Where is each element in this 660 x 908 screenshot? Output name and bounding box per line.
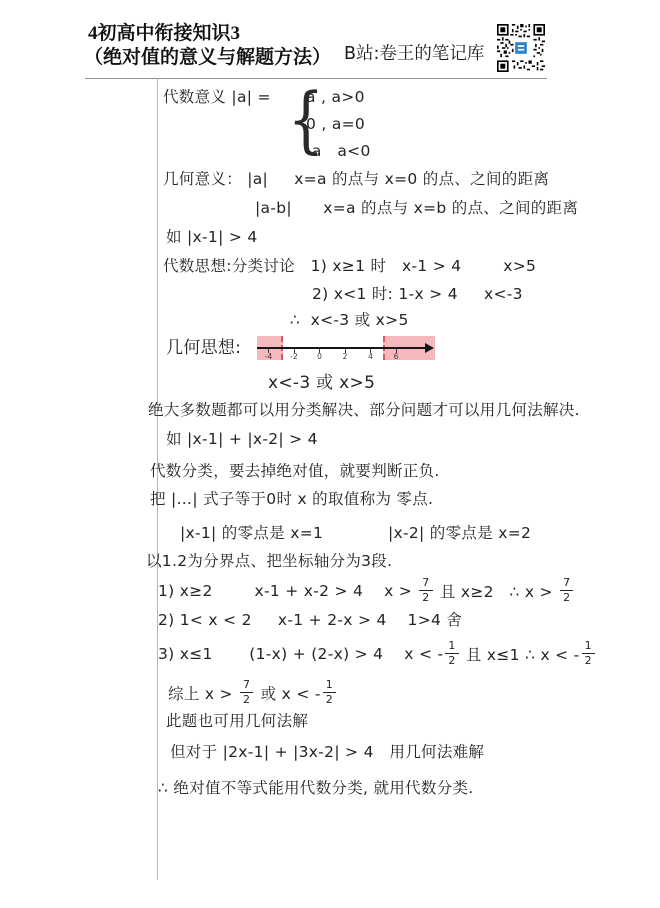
zero-point-1: |x-1| 的零点是 x=1 <box>180 524 323 543</box>
geometric-meaning-line2: |a-b| x=a 的点与 x=b 的点、之间的距离 <box>255 199 578 218</box>
zero-point-2: |x-2| 的零点是 x=2 <box>388 524 531 543</box>
case3-mid: 且 x≤1 ∴ x < - <box>461 643 580 665</box>
geometric-meaning-line1: 几何意义： |a| x=a 的点与 x=0 的点、之间的距离 <box>163 170 549 189</box>
channel-label: B站:卷王的笔记库 <box>344 40 484 65</box>
geo-method-note: 此题也可用几何法解 <box>166 712 308 731</box>
case1-head: 1) x≥2 x-1 + x-2 > 4 x > <box>158 582 417 600</box>
axis-arrow-icon <box>425 343 434 353</box>
classify-note1: 代数分类，要去掉绝对值，就要判断正负. <box>150 462 440 481</box>
notes-page: 4初高中衔接知识3 （绝对值的意义与解题方法） B站:卷王的笔记库 <box>0 0 660 908</box>
case3-head: 3) x≤1 (1-x) + (2-x) > 4 x < - <box>158 645 443 663</box>
piecewise-case-zero: 0 , a=0 <box>306 115 365 134</box>
case2-line: 2) 1< x < 2 x-1 + 2-x > 4 1>4 舍 <box>158 611 462 630</box>
case3-line: 3) x≤1 (1-x) + (2-x) > 4 x < - 1 2 且 x≤1… <box>158 641 597 667</box>
tick-label: 4 <box>368 352 373 361</box>
final-conclusion: ∴ 绝对值不等式能用代数分类, 就用代数分类. <box>158 779 473 798</box>
piecewise-case-positive: a , a>0 <box>306 88 365 107</box>
number-line-diagram: -4 -2 0 2 4 6 <box>255 334 437 366</box>
tick-label: -2 <box>290 352 297 361</box>
split-note: 以1.2为分界点、把坐标轴分为3段. <box>146 552 392 571</box>
classify-note2: 把 |…| 式子等于0时 x 的取值称为 零点. <box>150 490 433 509</box>
qr-code-icon <box>497 24 545 72</box>
algebra-idea-case2: 2) x<1 时: 1-x > 4 x<-3 <box>312 285 523 304</box>
fraction-one-half: 1 2 <box>582 640 595 666</box>
example2-inequality: 如 |x-1| + |x-2| > 4 <box>166 430 318 449</box>
number-line-axis <box>257 347 427 349</box>
algebra-idea-case1: 代数思想:分类讨论 1) x≥1 时 x-1 > 4 x>5 <box>163 257 536 276</box>
numberline-answer: x<-3 或 x>5 <box>268 373 375 394</box>
fraction-seven-halves: 7 2 <box>240 679 253 705</box>
fraction-seven-halves: 7 2 <box>560 577 573 603</box>
fraction-one-half: 1 2 <box>445 640 458 666</box>
summary-line: 综上 x > 7 2 或 x < - 1 2 <box>168 680 338 706</box>
geometric-idea-label: 几何思想: <box>166 338 241 359</box>
tick-label: 6 <box>394 352 399 361</box>
page-title-line1: 4初高中衔接知识3 <box>88 18 240 45</box>
algebraic-meaning-label: 代数意义 |a| = <box>163 88 271 107</box>
summary-head: 综上 x > <box>168 682 238 704</box>
fraction-one-half: 1 2 <box>323 679 336 705</box>
case1-mid: 且 x≥2 ∴ x > <box>435 580 558 602</box>
tick-label: 0 <box>317 352 322 361</box>
piecewise-case-negative: -a a<0 <box>306 142 371 161</box>
tick-label: -4 <box>265 352 272 361</box>
tick-label: 2 <box>343 352 348 361</box>
page-title-line2: （绝对值的意义与解题方法） <box>84 42 331 69</box>
method-note: 绝大多数题都可以用分类解决、部分问题才可以用几何法解决. <box>148 401 580 420</box>
algebra-idea-conclusion: ∴ x<-3 或 x>5 <box>290 311 409 330</box>
fraction-seven-halves: 7 2 <box>419 577 432 603</box>
summary-mid: 或 x < - <box>255 682 320 704</box>
case1-line: 1) x≥2 x-1 + x-2 > 4 x > 7 2 且 x≥2 ∴ x >… <box>158 578 575 604</box>
example1-inequality: 如 |x-1| > 4 <box>166 228 258 247</box>
hard-example: 但对于 |2x-1| + |3x-2| > 4 用几何法难解 <box>170 743 484 762</box>
